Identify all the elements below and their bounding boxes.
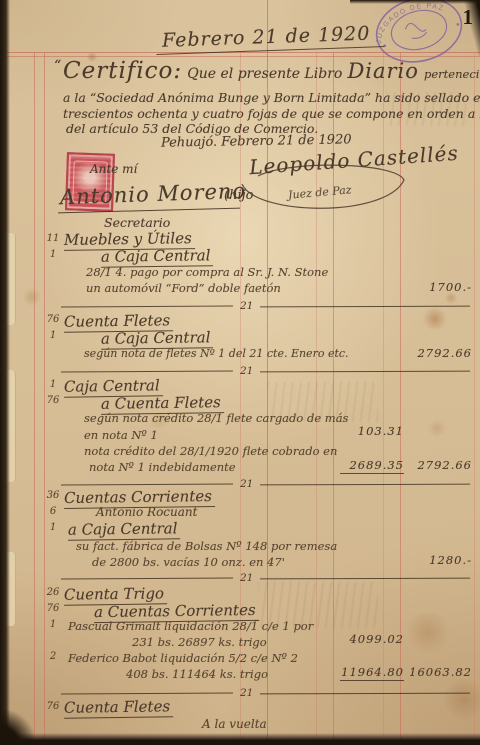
separator-line bbox=[61, 305, 233, 307]
entry-date-heading: Febrero 21 de 1920 bbox=[156, 22, 385, 55]
certification-line1-mid: Que el presente Libro bbox=[187, 66, 342, 82]
binding-stub bbox=[6, 233, 16, 325]
entry-detail-line: en nota Nº 1 bbox=[84, 428, 158, 442]
entry-detail-line: de 2800 bs. vacías 10 onz. en 47' bbox=[92, 555, 285, 569]
separator-line bbox=[61, 370, 233, 372]
secretary-suffix: (hijo bbox=[224, 188, 253, 203]
entry-detail-line: un automóvil “Ford” doble faetón bbox=[86, 281, 281, 295]
ledger-page: 1 JUZGADO DE PAZ Febrero 21 de 1920 “ Ce… bbox=[6, 0, 480, 740]
entry-detail-line: nota crédito del 28/1/1920 flete cobrado… bbox=[84, 444, 337, 458]
entry-total-amount: 16063.82 bbox=[408, 665, 472, 679]
debit-folio: 11 bbox=[42, 233, 64, 244]
binding-stub bbox=[6, 370, 16, 482]
credit-folio: 1 bbox=[42, 249, 64, 260]
entry-detail-line: Federico Babot liquidación 5/2 c/e Nº 2 bbox=[68, 651, 298, 665]
secretary-title: Secretario bbox=[104, 215, 170, 230]
certification-line1-tail: perteneciente bbox=[424, 67, 480, 81]
entry-detail-line: nota Nº 1 indebidamente bbox=[89, 460, 236, 474]
scan-edge-bottom bbox=[6, 733, 480, 745]
folio-column-rule-left bbox=[34, 52, 35, 740]
scan-corner-bottom-left bbox=[0, 705, 34, 745]
certification-line3: trescientos ochenta y cuatro fojas de qu… bbox=[63, 106, 480, 121]
entry-credit-account: a Caja Central bbox=[68, 519, 181, 541]
foxing-stain bbox=[426, 420, 448, 436]
separator-date-mark: 21 bbox=[240, 478, 253, 490]
debit-folio: 1 bbox=[42, 379, 64, 390]
entry-detail-line: según nota de fletes Nº 1 del 21 cte. En… bbox=[84, 347, 349, 360]
secretary-signature: Antonio Moreno bbox=[60, 179, 247, 209]
entry-detail-line: según nota crédito 28/1 flete cargado de… bbox=[84, 411, 348, 425]
binding-stub bbox=[6, 552, 16, 626]
certification-place-date: Pehuajó. Febrero 21 de 1920 bbox=[161, 132, 352, 150]
entry-total-amount: 1700.- bbox=[408, 280, 472, 294]
separator-date-mark: 21 bbox=[240, 687, 253, 699]
entry-partial-amount: 4099.02 bbox=[340, 632, 404, 646]
line-item-number: 2 bbox=[42, 651, 64, 662]
foxing-stain bbox=[444, 676, 480, 722]
credit-folio: 76 bbox=[42, 395, 64, 406]
entry-total-amount: 1280.- bbox=[408, 553, 472, 567]
foxing-stain bbox=[404, 612, 452, 652]
entry-total-amount: 2792.66 bbox=[408, 346, 472, 360]
certification-line1: Certifico: Que el presente Libro Diario … bbox=[63, 58, 480, 84]
credit-folio: 1 bbox=[42, 522, 64, 533]
certification-lead: Certifico: bbox=[63, 58, 182, 84]
separator-date-mark: 21 bbox=[240, 365, 253, 377]
debit-folio: 36 bbox=[42, 490, 64, 501]
carried-forward-note: A la vuelta bbox=[202, 717, 267, 731]
separator-line bbox=[61, 483, 233, 485]
ante-mi-note: Ante mí bbox=[90, 162, 137, 176]
entry-detail-line: su fact. fábrica de Bolsas Nº 148 por re… bbox=[76, 539, 337, 553]
separator-line bbox=[260, 692, 470, 694]
separator-line bbox=[260, 305, 470, 307]
debit-folio: 76 bbox=[42, 701, 64, 712]
credit-folio: 76 bbox=[42, 603, 64, 614]
separator-line bbox=[260, 577, 470, 579]
entry-separator: 21 bbox=[61, 365, 470, 377]
entry-partial-amount: 11964.80 bbox=[340, 665, 404, 681]
entry-detail-line: 408 bs. 111464 ks. trigo bbox=[126, 667, 268, 681]
foxing-stain bbox=[22, 288, 42, 306]
entry-subaccount: Antonio Rocuant bbox=[96, 505, 197, 519]
certification-open-quote: “ bbox=[54, 58, 61, 74]
separator-line bbox=[61, 692, 233, 694]
separator-line bbox=[260, 483, 470, 485]
entry-detail-line: 231 bs. 26897 ks. trigo bbox=[132, 635, 267, 649]
entry-debit-account: Cuenta Fletes bbox=[64, 697, 173, 719]
entry-separator: 21 bbox=[61, 572, 470, 584]
certification-line1-emph: Diario bbox=[347, 59, 418, 83]
debit-folio: 76 bbox=[42, 314, 64, 325]
entry-detail-line: Pascual Grimalt liquidación 28/1 c/e 1 p… bbox=[68, 619, 313, 633]
entry-detail-line: 28/1 4. pago por compra al Sr. J. N. Sto… bbox=[86, 265, 328, 279]
entry-partial-amount: 103.31 bbox=[340, 424, 404, 438]
page-edge-rule bbox=[474, 52, 475, 740]
separator-date-mark: 21 bbox=[240, 572, 253, 584]
entry-total-amount: 2792.66 bbox=[408, 458, 472, 472]
entry-partial-amount: 2689.35 bbox=[340, 458, 404, 474]
certification-line2: a la “Sociedad Anónima Bunge y Born Limi… bbox=[63, 90, 480, 105]
credit-folio: 1 bbox=[42, 330, 64, 341]
line-item-number: 1 bbox=[42, 619, 64, 630]
separator-date-mark: 21 bbox=[240, 300, 253, 312]
debit-folio: 26 bbox=[42, 587, 64, 598]
separator-line bbox=[61, 577, 233, 579]
separator-line bbox=[260, 370, 470, 372]
entry-separator: 21 bbox=[61, 300, 470, 312]
subaccount-folio: 6 bbox=[42, 506, 64, 517]
